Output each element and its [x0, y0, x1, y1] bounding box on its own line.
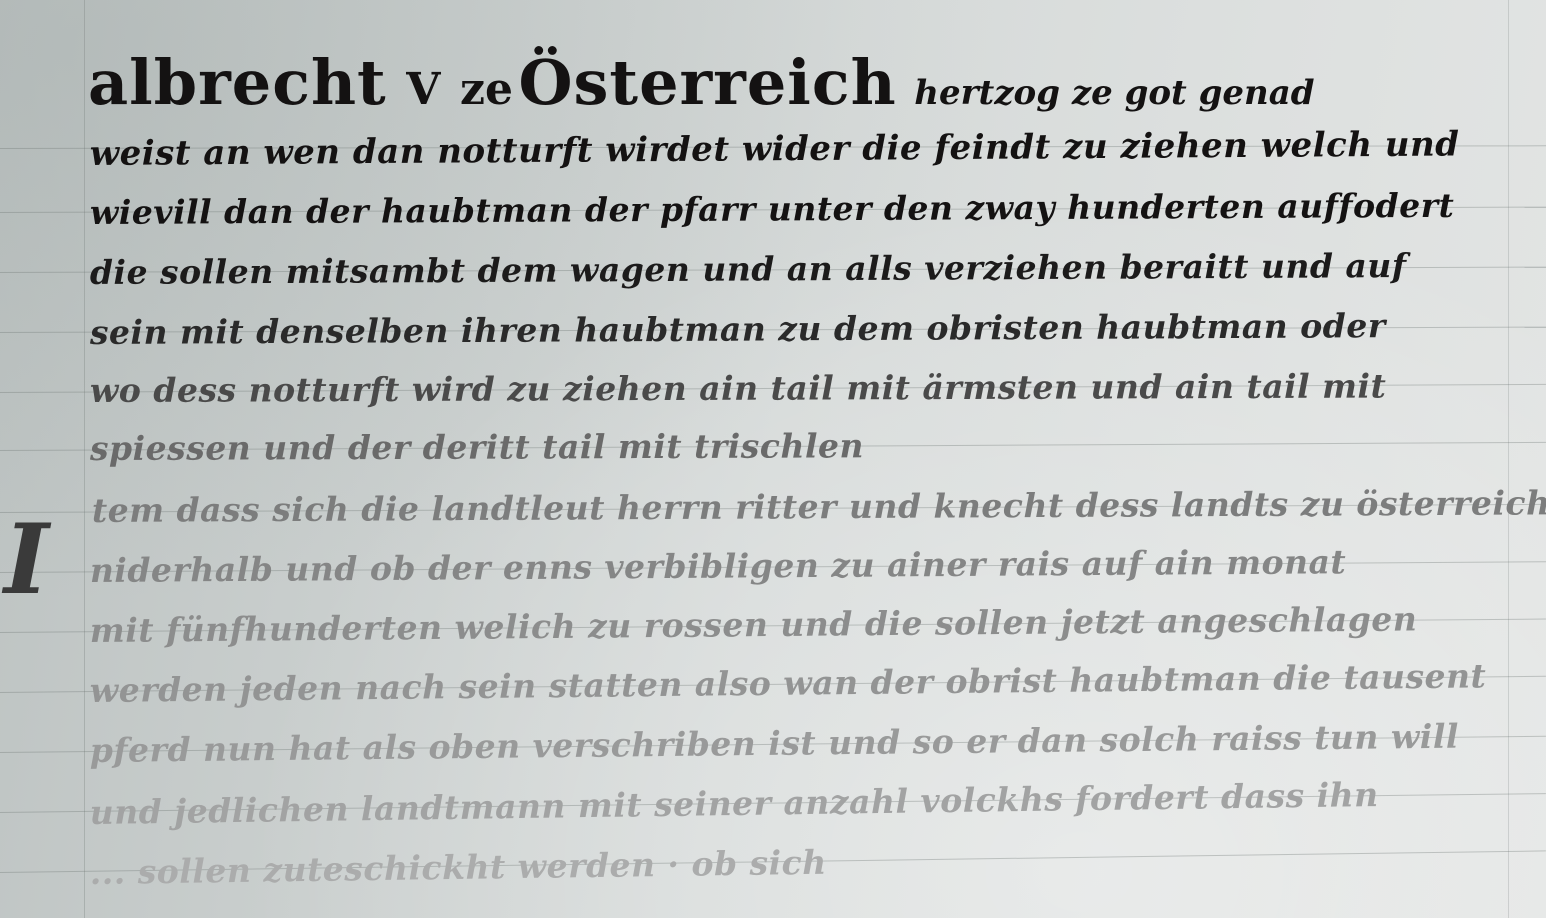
heading-preposition: ze	[460, 64, 513, 115]
paper-sheet: albrecht V ze Österreich hertzog ze got …	[0, 0, 1546, 918]
text-line: werden jeden nach sein statten also wan …	[90, 656, 1487, 710]
text-line: die sollen mitsambt dem wagen und an all…	[90, 246, 1407, 292]
heading-place: Österreich	[519, 46, 897, 119]
text-line: ... sollen zuteschickht werden · ob sich	[89, 843, 827, 892]
heading-name: albrecht	[88, 46, 387, 119]
heading-line: albrecht V ze Österreich hertzog ze got …	[88, 46, 1315, 119]
text-line: niderhalb und ob der enns verbibligen zu…	[90, 542, 1347, 590]
text-line: pferd nun hat als oben verschriben ist u…	[90, 717, 1460, 770]
text-line: spiessen und der deritt tail mit trischl…	[90, 426, 864, 468]
text-line: und jedlichen landtmann mit seiner anzah…	[89, 775, 1378, 832]
right-margin-line	[1508, 0, 1509, 918]
text-line: wievill dan der haubtman der pfarr unter…	[90, 186, 1455, 232]
text-line: weist an wen dan notturft wirdet wider d…	[90, 124, 1460, 174]
text-line: mit fünfhunderten welich zu rossen und d…	[90, 599, 1418, 650]
text-line: sein mit denselben ihren haubtman zu dem…	[90, 306, 1386, 352]
left-margin-line	[84, 0, 85, 918]
heading-title: hertzog ze got genad	[914, 73, 1314, 113]
decorated-initial: I	[4, 512, 49, 608]
heading-numeral: V	[406, 64, 440, 115]
text-line: tem dass sich die landtleut herrn ritter…	[92, 483, 1546, 530]
text-line: wo dess notturft wird zu ziehen ain tail…	[90, 366, 1387, 410]
